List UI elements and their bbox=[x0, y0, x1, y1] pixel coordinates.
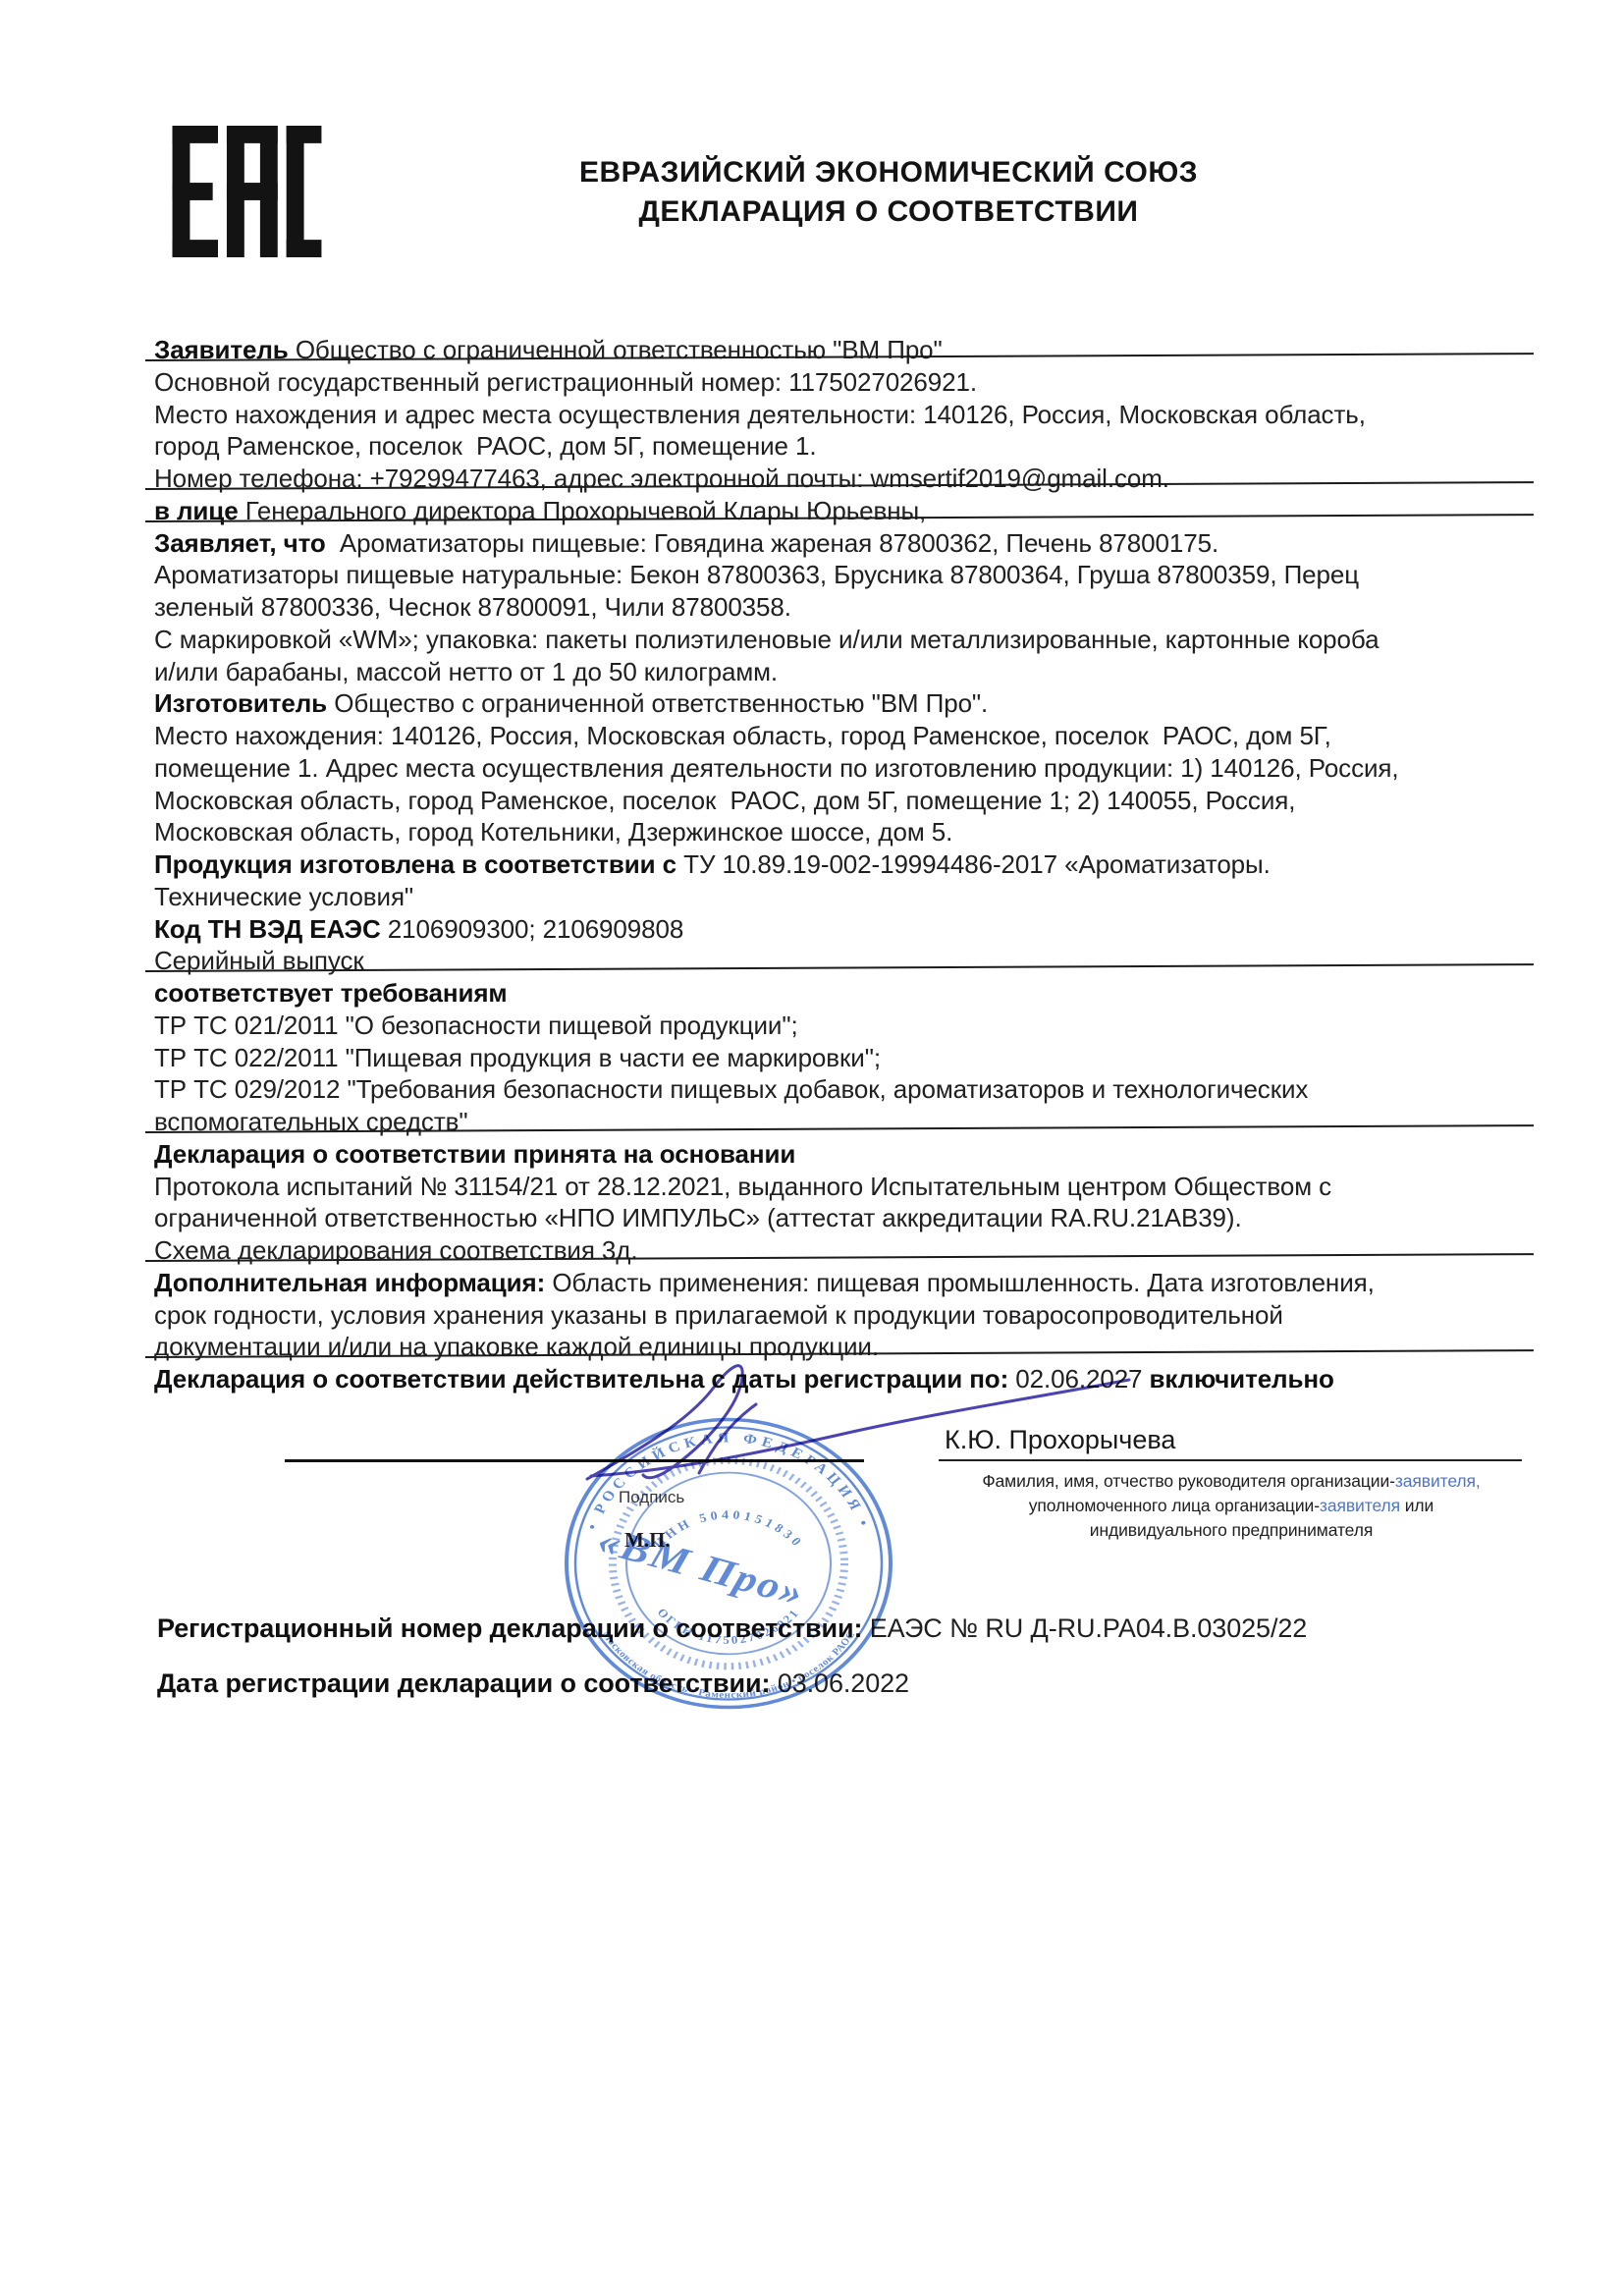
document-line: ограниченной ответственностью «НПО ИМПУЛ… bbox=[154, 1202, 1535, 1234]
text-segment: Московская область, город Котельники, Дз… bbox=[154, 817, 952, 847]
text-segment: включительно bbox=[1150, 1364, 1334, 1394]
title-line-declaration: ДЕКЛАРАЦИЯ О СООТВЕТСТВИИ bbox=[461, 192, 1316, 232]
text-segment: ЕАЭС № RU Д-RU.РА04.В.03025/22 bbox=[870, 1613, 1307, 1643]
document-line: Заявляет, что Ароматизаторы пищевые: Гов… bbox=[154, 527, 1535, 560]
text-segment: Ароматизаторы пищевые: Говядина жареная … bbox=[326, 528, 1218, 558]
document-line: Заявитель Общество с ограниченной ответс… bbox=[154, 334, 1535, 366]
document-line: город Раменское, поселок РАОС, дом 5Г, п… bbox=[154, 430, 1535, 463]
text-segment: или bbox=[1400, 1496, 1434, 1515]
text-segment: Московская область, город Раменское, пос… bbox=[154, 786, 1295, 815]
document-line: уполномоченного лица организации-заявите… bbox=[939, 1494, 1524, 1518]
text-segment: 2106909300; 2106909808 bbox=[388, 914, 683, 944]
text-segment: Ароматизаторы пищевые натуральные: Бекон… bbox=[154, 560, 1359, 589]
document-line: Протокола испытаний № 31154/21 от 28.12.… bbox=[154, 1171, 1535, 1203]
document-line: индивидуального предпринимателя bbox=[939, 1518, 1524, 1543]
text-segment: ТУ 10.89.19-002-19994486-2017 «Ароматиза… bbox=[683, 849, 1271, 879]
document-line: Дополнительная информация: Область приме… bbox=[154, 1267, 1535, 1299]
text-segment: зеленый 87800336, Чеснок 87800091, Чили … bbox=[154, 592, 791, 622]
text-segment: Основной государственный регистрационный… bbox=[154, 367, 977, 397]
text-segment: ограниченной ответственностью «НПО ИМПУЛ… bbox=[154, 1203, 1242, 1232]
text-segment: Заявляет, что bbox=[154, 528, 326, 558]
document-line: Продукция изготовлена в соответствии с Т… bbox=[154, 848, 1535, 881]
document-title: ЕВРАЗИЙСКИЙ ЭКОНОМИЧЕСКИЙ СОЮЗ ДЕКЛАРАЦИ… bbox=[461, 153, 1316, 232]
document-line: Место нахождения: 140126, Россия, Москов… bbox=[154, 720, 1535, 752]
text-segment: Место нахождения: 140126, Россия, Москов… bbox=[154, 721, 1331, 750]
stamp-ogrn-text: ОГРН 1175027026921 bbox=[654, 1606, 802, 1647]
document-line: соответствует требованиям bbox=[154, 977, 1535, 1010]
text-segment: Место нахождения и адрес места осуществл… bbox=[154, 400, 1366, 429]
title-line-union: ЕВРАЗИЙСКИЙ ЭКОНОМИЧЕСКИЙ СОЮЗ bbox=[461, 153, 1316, 192]
text-segment: Код ТН ВЭД ЕАЭС bbox=[154, 914, 388, 944]
document-line: Изготовитель Общество с ограниченной отв… bbox=[154, 687, 1535, 720]
text-segment: Протокола испытаний № 31154/21 от 28.12.… bbox=[154, 1172, 1331, 1201]
document-line: зеленый 87800336, Чеснок 87800091, Чили … bbox=[154, 591, 1535, 624]
document-line: Основной государственный регистрационный… bbox=[154, 366, 1535, 399]
text-segment: Дополнительная информация: bbox=[154, 1268, 552, 1297]
declaration-lines: Заявитель Общество с ограниченной ответс… bbox=[154, 334, 1535, 1395]
document-line: Номер телефона: +79299477463, адрес элек… bbox=[154, 463, 1535, 495]
document-line: Место нахождения и адрес места осуществл… bbox=[154, 399, 1535, 431]
text-segment: помещение 1. Адрес места осуществления д… bbox=[154, 753, 1399, 783]
document-line: ТР ТС 021/2011 "О безопасности пищевой п… bbox=[154, 1010, 1535, 1042]
text-segment: уполномоченного лица организации- bbox=[1029, 1496, 1320, 1515]
document-line: Ароматизаторы пищевые натуральные: Бекон… bbox=[154, 559, 1535, 591]
document-line: вспомогательных средств" bbox=[154, 1106, 1535, 1138]
document-page: ЕВРАЗИЙСКИЙ ЭКОНОМИЧЕСКИЙ СОЮЗ ДЕКЛАРАЦИ… bbox=[0, 0, 1623, 2296]
text-segment: Изготовитель bbox=[154, 688, 334, 718]
text-segment: Область применения: пищевая промышленнос… bbox=[552, 1268, 1374, 1297]
text-segment: и/или барабаны, массой нетто от 1 до 50 … bbox=[154, 657, 778, 686]
svg-text:ОГРН 1175027026921: ОГРН 1175027026921 bbox=[654, 1606, 802, 1647]
text-segment: ТР ТС 029/2012 "Требования безопасности … bbox=[154, 1074, 1308, 1104]
document-line: и/или барабаны, массой нетто от 1 до 50 … bbox=[154, 656, 1535, 688]
document-line: Код ТН ВЭД ЕАЭС 2106909300; 2106909808 bbox=[154, 913, 1535, 946]
text-segment: Технические условия" bbox=[154, 882, 413, 911]
document-line: срок годности, условия хранения указаны … bbox=[154, 1299, 1535, 1332]
text-segment: заявителя, bbox=[1395, 1471, 1481, 1491]
document-line: помещение 1. Адрес места осуществления д… bbox=[154, 752, 1535, 785]
document-line: в лице Генерального директора Прохорычев… bbox=[154, 495, 1535, 527]
signature-ink bbox=[530, 1336, 1159, 1493]
eac-logo bbox=[172, 126, 322, 257]
text-segment: Общество с ограниченной ответственностью… bbox=[334, 688, 988, 718]
text-segment: С маркировкой «WM»; упаковка: пакеты пол… bbox=[154, 625, 1379, 654]
document-line: Серийный выпуск bbox=[154, 945, 1535, 977]
document-line: С маркировкой «WM»; упаковка: пакеты пол… bbox=[154, 624, 1535, 656]
text-segment: срок годности, условия хранения указаны … bbox=[154, 1300, 1283, 1330]
document-line: Схема декларирования соответствия 3д. bbox=[154, 1234, 1535, 1267]
text-segment: соответствует требованиям bbox=[154, 978, 508, 1008]
text-segment: Продукция изготовлена в соответствии с bbox=[154, 849, 683, 879]
document-line: Декларация о соответствии принята на осн… bbox=[154, 1138, 1535, 1171]
text-segment: заявителя bbox=[1320, 1496, 1400, 1515]
document-line: Технические условия" bbox=[154, 881, 1535, 913]
document-line: Московская область, город Раменское, пос… bbox=[154, 785, 1535, 817]
text-segment: индивидуального предпринимателя bbox=[1090, 1520, 1373, 1540]
text-segment: Декларация о соответствии принята на осн… bbox=[154, 1139, 795, 1169]
document-line: ТР ТС 029/2012 "Требования безопасности … bbox=[154, 1073, 1535, 1106]
document-line: Московская область, город Котельники, Дз… bbox=[154, 816, 1535, 848]
text-segment: ТР ТС 021/2011 "О безопасности пищевой п… bbox=[154, 1011, 798, 1040]
text-segment: ТР ТС 022/2011 "Пищевая продукция в част… bbox=[154, 1043, 881, 1072]
text-segment: город Раменское, поселок РАОС, дом 5Г, п… bbox=[154, 431, 817, 461]
document-line: ТР ТС 022/2011 "Пищевая продукция в част… bbox=[154, 1042, 1535, 1074]
signature-loop-stroke bbox=[587, 1366, 742, 1479]
